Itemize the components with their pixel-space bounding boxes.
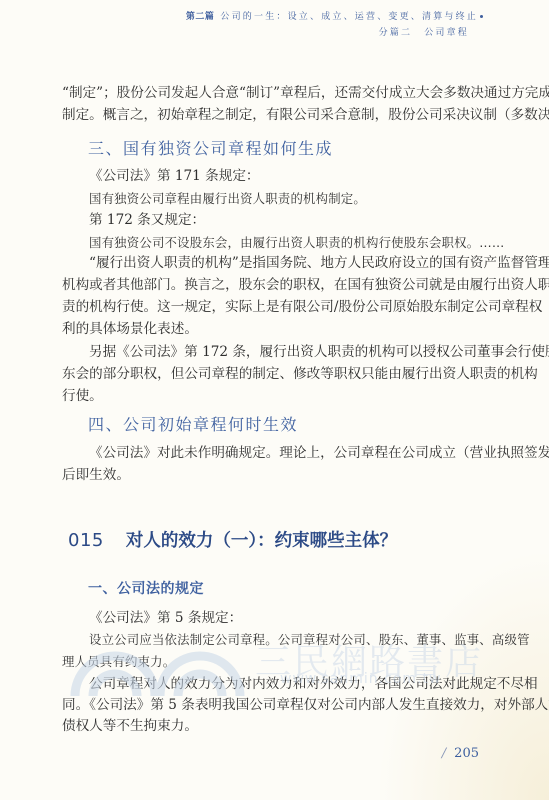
part-label: 第二篇 xyxy=(186,12,215,22)
section-heading-three: 三、国有独资公司章程如何生成 xyxy=(88,139,333,159)
body-line: 同。《公司法》第 5 条表明我国公司章程仅对公司内部人发生直接效力，对外部人如 xyxy=(62,696,503,714)
book-page: 第二篇公司的一生：设立、成立、运营、变更、清算与终止 分篇二公司章程 “制定”；… xyxy=(0,0,549,800)
subsection-heading-one: 一、公司法的规定 xyxy=(88,579,204,599)
statute-quote: 国有独资公司章程由履行出资人职责的机构制定。 xyxy=(89,190,503,208)
chapter-title: 对人的效力（一）：约束哪些主体？ xyxy=(126,531,397,551)
body-line: 机构或者其他部门。换言之，股东会的职权，在国有独资公司就是由履行出资人职 xyxy=(62,276,503,294)
body-line: 《公司法》对此未作明确规定。理论上，公司章程在公司成立（营业执照签发） xyxy=(89,444,503,462)
subpart-title: 公司章程 xyxy=(424,28,469,38)
body-line: “履行出资人职责的机构”是指国务院、地方人民政府设立的国有资产监督管理 xyxy=(89,254,503,272)
body-line: 另据《公司法》第 172 条，履行出资人职责的机构可以授权公司董事会行使股 xyxy=(89,343,503,361)
body-line: “制定”；股份公司发起人合意“制订”章程后，还需交付成立大会多数决通过方完成 xyxy=(62,84,503,102)
body-line: 制定。概言之，初始章程之制定，有限公司采合意制，股份公司采决议制（多数决）。 xyxy=(62,106,503,124)
body-line: 公司章程对人的效力分为对内效力和对外效力，各国公司法对此规定不尽相 xyxy=(89,675,503,693)
running-head: 第二篇公司的一生：设立、成立、运营、变更、清算与终止 分篇二公司章程 xyxy=(186,9,483,41)
part-title: 公司的一生：设立、成立、运营、变更、清算与终止 xyxy=(220,12,478,22)
body-line: 《公司法》第 5 条规定： xyxy=(89,609,503,627)
subpart-label: 分篇二 xyxy=(379,28,413,38)
statute-quote: 理人员具有约束力。 xyxy=(62,653,503,671)
body-line: 行使。 xyxy=(62,387,503,405)
body-line: 后即生效。 xyxy=(62,466,503,484)
chapter-heading: 015对人的效力（一）：约束哪些主体？ xyxy=(68,530,397,552)
body-line: 东会的部分职权，但公司章程的制定、修改等职权只能由履行出资人职责的机构 xyxy=(62,365,503,383)
page-folio: /205 xyxy=(442,746,479,761)
body-line: 利的具体场景化表述。 xyxy=(62,320,503,338)
page-number: 205 xyxy=(454,746,479,761)
section-heading-four: 四、公司初始章程何时生效 xyxy=(88,415,298,435)
chapter-number: 015 xyxy=(68,530,104,551)
folio-slash: / xyxy=(442,746,446,761)
statute-quote: 国有独资公司不设股东会，由履行出资人职责的机构行使股东会职权。…… xyxy=(89,234,503,252)
bullet-dot-icon xyxy=(480,15,483,18)
statute-quote: 设立公司应当依法制定公司章程。公司章程对公司、股东、董事、监事、高级管 xyxy=(89,631,503,649)
body-line: 责的机构行使。这一规定，实际上是有限公司/股份公司原始股东制定公司章程权 xyxy=(62,298,503,316)
body-line: 《公司法》第 171 条规定： xyxy=(89,167,503,185)
body-line: 债权人等不生拘束力。 xyxy=(62,717,503,735)
running-head-line-1: 第二篇公司的一生：设立、成立、运营、变更、清算与终止 xyxy=(186,9,483,25)
body-line: 第 172 条又规定： xyxy=(89,211,503,229)
running-head-line-2: 分篇二公司章程 xyxy=(186,25,469,41)
